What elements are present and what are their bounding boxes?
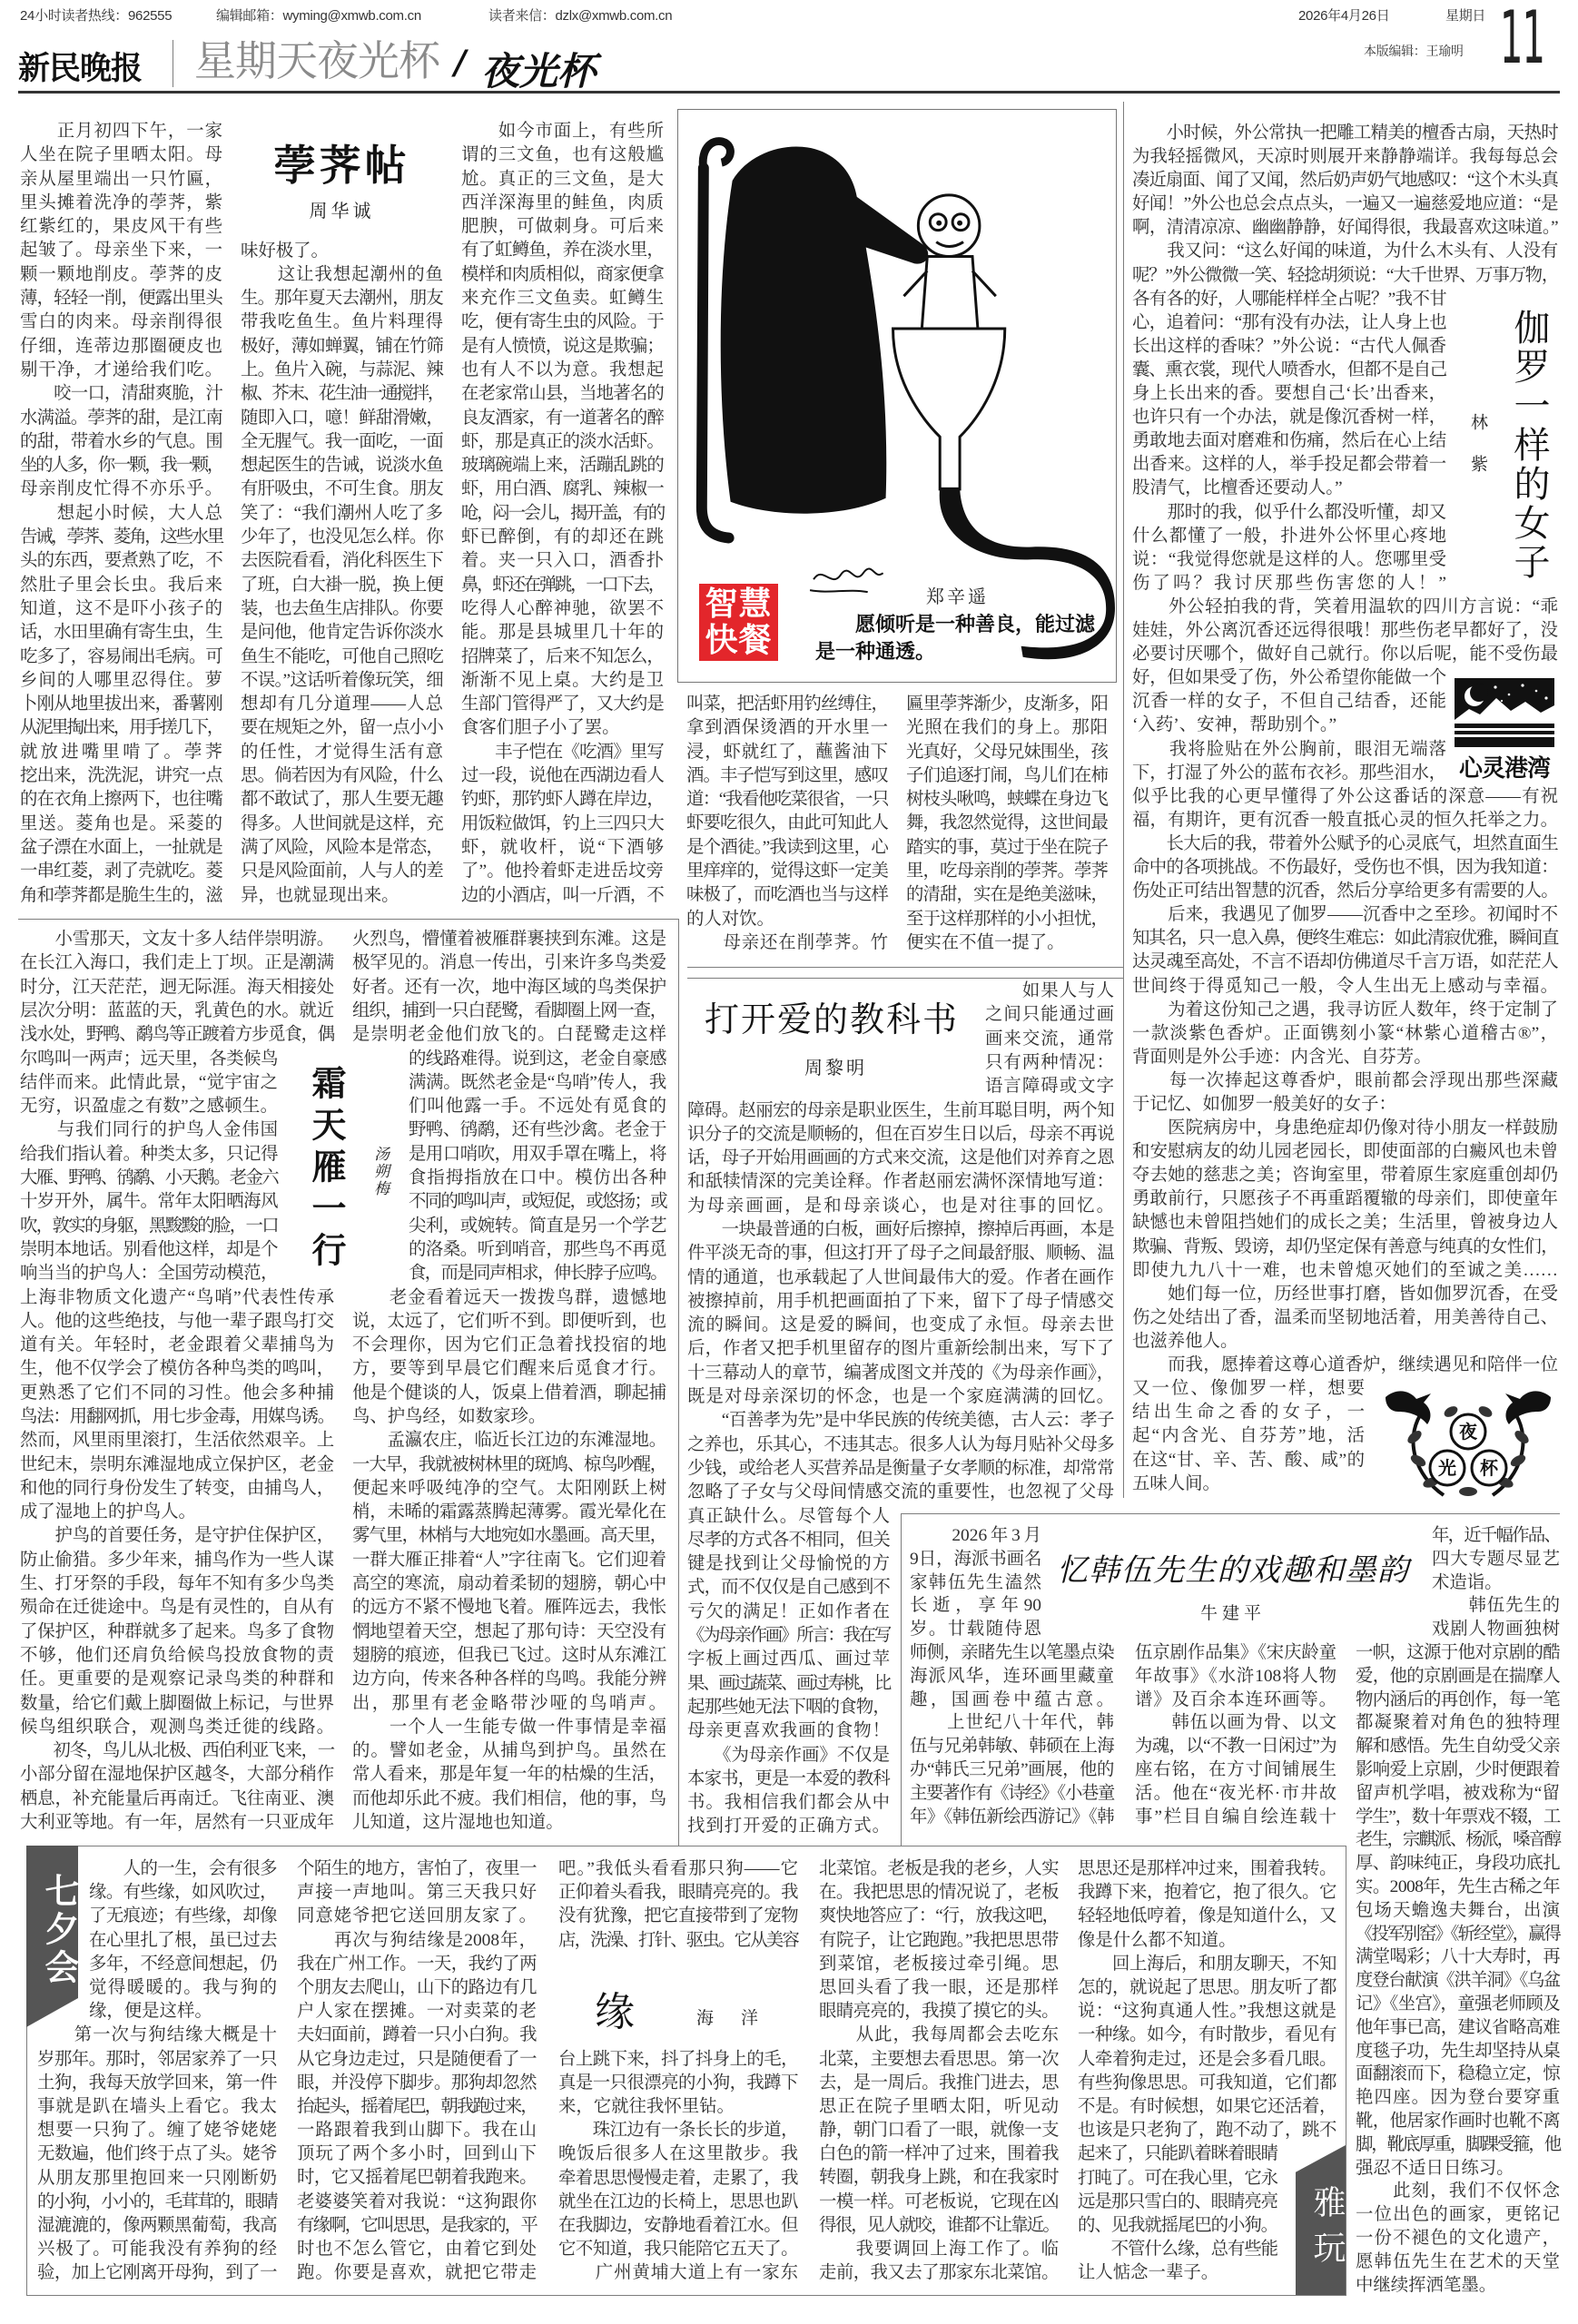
text-line: 怎的，就说起了思思。朋友听了都 [1078,1976,1336,2000]
text-line: 生部门管得严了，又大约是 [461,693,664,716]
masthead-rule [18,91,1560,94]
text-line: 福，有期许，更有沉香一般直抵心灵的恒久托举之力。 [1132,809,1558,832]
text-line: 大利亚等地。有一年，居然有一只亚成年 [20,1811,334,1835]
moon-shadow [1470,684,1488,702]
text-line: 也许只有一个办法，就是像沉香树一样， [1132,406,1446,429]
text-line: 说：“这狗真通人性。”我想这就是 [1078,2000,1336,2024]
article-column: 第一次与狗结缘大概是十岁那年。那时，邻居家养了一只土狗，我每天放学回来，第一件事… [37,2024,277,2285]
text-line: 五味人间。 [1132,1472,1365,1496]
text-line: 玻璃碗端上来，活蹦乱跳的 [461,454,664,478]
text-line: 尔鸣叫一两声；远天里，各类候鸟 [20,1048,278,1071]
bird-icon-right [1505,1391,1551,1424]
text-line: 珠江边有一条长长的步道， [558,2119,798,2142]
text-line: 戏剧人物画独树 [1432,1618,1560,1641]
text-line: 识分子的交流是顺畅的，但在百岁生日以后，母亲不再说 [687,1123,1114,1147]
text-line: 爽快地答应了：“行，放我这吧， [819,1905,1059,1928]
text-line: 强忍不适日日练习。 [1356,2157,1560,2181]
text-line: “百善孝为先”是中华民族的传统美德，古人云：孝子 [687,1409,1114,1433]
text-line: 起那些她无法下咽的食物， [687,1696,890,1719]
text-line: 影响爱上京剧，少时便跟着 [1356,1758,1560,1782]
text-line: 流的瞬间。这是爱的瞬间，也变成了永恒。母亲去世 [687,1314,1114,1337]
text-line: 活。他在“夜光杯·市井故 [1135,1782,1336,1806]
article-author: 海洋 [696,2004,785,2029]
text-line: 此刻，我们不仅怀念 [1356,2180,1560,2203]
text-line: 薄，轻轻一削，便露出里头 [20,287,222,310]
text-line: 丰子恺在《吃酒》里写 [461,741,664,764]
text-line: 第一次与狗结缘大概是十 [37,2024,277,2047]
article-column: 师侧，亲睹先生以笔墨点染海派风华，连环画里藏童趣，国画卷中蕴古意。 上世纪八十年… [910,1641,1114,1828]
page-editor: 本版编辑：王瑜明 [1364,42,1464,60]
text-line: 任。更重要的是观察记录鸟类的种群和 [20,1668,334,1691]
column-tab-qixihui: 七夕会 [26,1846,78,2027]
text-line: 只是风险面前，人与人的差 [241,860,443,883]
text-line: 她们每一位，历经世事打磨，皆如伽罗沉香，在受 [1132,1283,1558,1306]
column-tab-label: 七夕会 [35,1873,84,1987]
text-line: 想却有几分道理——人总 [241,693,443,716]
text-line: 一块最普通的白板，画好后擦掉，擦掉后再画，本是 [687,1218,1114,1242]
text-line: 他年事已高，建议省略高难 [1356,2016,1560,2040]
text-line: 伍京剧作品集》《宋庆龄童 [1135,1641,1336,1665]
text-line: 要在规矩之外，留一点小小 [241,716,443,740]
text-line: 着。夹一只入口，酒香扑 [461,549,664,573]
text-line: 用饭粒做饵，钓上三四只大 [461,812,664,836]
text-line: 和舐犊情深的完美诠释。作者赵丽宏满怀深情地写道： [687,1170,1114,1194]
text-line: 一份不褪色的文化遗产， [1356,2227,1560,2250]
pupil-left [936,221,942,226]
text-line: 满满。既然老金是“鸟哨”传人，我 [409,1071,666,1095]
text-line: 真正缺什么。尽管每个人 [687,1505,890,1529]
text-line: 缘。有些缘，如风吹过， [89,1881,277,1905]
text-line: 子们追逐打闹，鸟儿们在柿 [906,764,1108,788]
text-line: 拿到酒保烫酒的开水里一 [686,716,888,740]
text-line: 起“内含光、自芬芳”地，活 [1132,1424,1365,1448]
text-line: 想要一只狗了。缠了姥爷姥姥 [37,2119,277,2142]
article-author: 汤朔梅 [369,1146,391,1197]
text-line: 9日，海派书画名 [910,1548,1041,1571]
article-column: 的线路难得。说到这，老金自豪感满满。既然老金是“鸟哨”传人，我们叫他露一手。不远… [409,1048,666,1286]
text-line: 高空的寒流，扇动着柔韧的翅膀，朝心中 [352,1572,666,1596]
text-line: 心，追着问：“那有没有办法，让人身上也 [1132,311,1446,335]
article-column: 又一位、像伽罗一样，想要结出生命之香的女子，一起“内含光、自芬芳”地，活在这“甘… [1132,1377,1365,1495]
text-line: 再次与狗结缘是2008年， [297,1929,537,1953]
article-column: 小时候，外公常执一把雕工精美的檀香古扇，天热时为我轻摇微风，天凉时则展开来静静端… [1132,122,1558,288]
text-line: 年故事》《水浒108将人物 [1135,1665,1336,1689]
text-line: 说：“我觉得您就是这样的人。您哪里受 [1132,548,1446,572]
article-column: 真正缺什么。尽管每个人尽孝的方式各不相同，但关键是找到让父母愉悦的方式，而不仅仅… [687,1505,890,1839]
text-line: 后，作者又把手机里留存的图片重新绘制出来，写下了 [687,1337,1114,1361]
text-line: 达灵魂至高处，不言不语却仿佛道尽千言万语，如茫茫人 [1132,950,1558,974]
text-line: 小时候，外公常执一把雕工精美的檀香古扇，天热时 [1132,122,1558,145]
article-column: 思思还是那样冲过来，围着我转。我蹲下来，抱着它，抱了很久。它轻轻地低哼着，像是知… [1078,1857,1336,2142]
article-column: 如今市面上，有些所谓的三文鱼，也有这般尴尬。真正的三文鱼，是大西洋深海里的鲑鱼，… [461,120,664,908]
text-line: 在。我把思思的情况说了，老板 [819,1881,1059,1905]
text-line: 起来了，只能趴着眯着眼睛 [1078,2142,1277,2166]
article-column: 起来了，只能趴着眯着眼睛打盹了。可在我心里，它永远是那只雪白的、眼睛亮亮的、见我… [1078,2142,1277,2285]
text-line: 舞，我忽然觉得，这世间最 [906,812,1108,835]
text-line: 知其名，只一息入鼻，便终生难忘：如此清寂优雅，瞬间直 [1132,927,1558,950]
text-line: 儿知道，这片湿地也知道。 [352,1811,666,1835]
text-line: 上。鱼片入碗，与蒜泥、辣 [241,359,443,382]
text-line: 吃得人心醉神驰，欲罢不 [461,597,664,621]
text-line: 了无痕迹；有些缘，却像 [89,1905,277,1928]
text-line: 头的东西，要煮熟了吃，不 [20,549,222,573]
text-line: 钓虾，那钓虾人蹲在岸边， [461,788,664,812]
text-line: 知道，这不是吓小孩子的 [20,597,222,621]
text-line: 红紫红的，果皮风干有些 [20,215,222,239]
text-line: 障碍。赵丽宏的母亲是职业医生，生前耳聪目明，两个知 [687,1099,1114,1123]
text-line: 颗一颗地削皮。荸荠的皮 [20,263,222,287]
text-line: 果、画过蔬菜、画过寿桃，比 [687,1672,890,1696]
text-line: 崇明本地话。别看他这样，却是个 [20,1238,278,1262]
text-line: 脚，靴底厚重，脚踝受箍，他 [1356,2133,1560,2157]
text-line: 咬一口，清甜爽脆，汁 [20,382,222,406]
text-line: 乡间的人哪里忍得住。萝 [20,669,222,693]
text-line: 为母亲画画，是和母亲谈心，也是对往事的回忆。 [687,1195,1114,1218]
text-line: 鸟、护鸟经，如数家珍。 [352,1405,666,1429]
text-line: 与我们同行的护鸟人金伟国 [20,1118,278,1142]
text-line: 边的小酒店，叫一斤酒，不 [461,884,664,908]
text-line: 时，它又摇着尾巴朝着我跑来。 [297,2166,537,2190]
text-line: 味好极了。 [241,240,443,263]
text-line: 来充作三文鱼卖。虹鳟生 [461,287,664,310]
text-line: 韩伍以画为骨、以文 [1135,1711,1336,1735]
text-line: 声接一声地叫。第三天我只好 [297,1881,537,1905]
text-line: 雪白的肉来。母亲削得很 [20,310,222,334]
text-line: 少年了，也没见怎么样。你 [241,526,443,549]
text-line: 装，也去鱼生店排队。你要 [241,597,443,621]
text-line: 了班，白大褂一脱，换上便 [241,574,443,597]
text-line: 它不知道，我只能陪它五天了。 [558,2238,798,2261]
yeguangbei-logo: 夜 光 杯 [1378,1384,1558,1501]
article-column: 匾里荸荠渐少，皮渐多，阳光照在我们的身上。那阳光真好，父母兄妹围坐，孩子们追逐打… [906,693,1108,955]
text-line: 极罕见的。消息一传出，引来许多鸟类爱 [352,951,666,975]
article-column: 似乎比我的心更早懂得了外公这番话的深意——有祝福，有期许，更有沉香一般直抵心灵的… [1132,785,1558,1377]
text-line: 像是什么都不知道。 [1078,1929,1336,1953]
text-line: 我要调回上海工作了。临 [819,2238,1059,2261]
text-line: 极好，薄如蝉翼，铺在竹筛 [241,335,443,359]
text-line: 即使九九八十一难，也未曾熄灭她们的至诚之美…… [1132,1259,1558,1283]
text-line: 之间只能通过画 [985,1003,1114,1027]
text-line: 有些狗像思思。可我知道，它们都 [1078,2072,1336,2095]
text-line: 家韩伍先生溘然 [910,1571,1041,1595]
text-line: 《为母亲作画》所言：我在写 [687,1624,890,1648]
text-line: 出，那里有老金略带沙哑的鸟哨声。 [352,1692,666,1716]
text-line: 愿韩伍先生在艺术的天堂 [1356,2250,1560,2274]
logo-char: 杯 [1480,1457,1499,1479]
text-line: 火烈鸟，懵懂着被雁群裹挟到东滩。这是 [352,928,666,951]
article-title: 伽罗一样的女子 [1504,309,1555,582]
cartoon-caption-line: 是一种通透。 [815,639,935,666]
text-line: 是有人愤愤，说这是欺骗； [461,335,664,359]
text-line: 伤了吗？我讨厌那些伤害您的人！” [1132,572,1446,596]
text-line: 事”栏目自编自绘连载十 [1135,1806,1336,1829]
text-line: 中继续挥洒笔墨。 [1356,2274,1560,2298]
text-line: 浅水处，野鸭、鹬鸟等正踱着方步觅食，偶 [20,1023,334,1047]
text-line: 店，洗澡、打针、驱虫。它从美容 [558,1929,798,1953]
article-column: 味好极了。 这让我想起潮州的鱼生。那年夏天去潮州，朋友带我吃鱼生。鱼片料理得极好… [241,240,443,908]
text-line: 这让我想起潮州的鱼 [241,263,443,287]
text-line: 从泥里掏出来，用手搓几下， [20,716,222,740]
text-line: 缺憾也未曾阻挡她们的成长之美；生活里，曾被身边人 [1132,1211,1558,1235]
text-line: 夫妇面前，蹲着一只小白狗。我 [297,2024,537,2047]
text-line: 吧。”我低头看看那只狗——它 [558,1857,798,1881]
text-line: 的任性，才觉得生活有意 [241,741,443,764]
text-line: 起皱了。母亲坐下来，一 [20,239,222,262]
article-column: 障碍。赵丽宏的母亲是职业医生，生前耳聪目明，两个知识分子的交流是顺畅的，但在百岁… [687,1099,1114,1505]
text-line: 户人家在摆摊。一对卖菜的老 [297,2000,537,2024]
text-line: 组织，捕到一只白琵鹭，看脚圈上网一查， [352,1000,666,1023]
text-line: 数量，给它们戴上脚圈做上标记，与世界 [20,1692,334,1716]
text-line: 的在衣角上擦两下，也往嘴 [20,788,222,812]
text-line: 候鸟组织联合，观测鸟类迁徙的线路。 [20,1716,334,1739]
text-line: 远是那只雪白的、眼睛亮亮 [1078,2191,1277,2214]
bird-icon-left [1386,1391,1431,1424]
article-box-top [901,1513,1560,1514]
text-line: 十岁开外，属牛。常年太阳晒海风 [20,1190,278,1214]
text-line: 从朋友那里抱回来一只刚断奶 [37,2167,277,2191]
text-line: 时分，江天茫茫，迥无际涯。海天相接处 [20,976,334,1000]
text-line: 老婆婆笑着对我说：“这狗跟你 [297,2191,537,2214]
text-line: 带我吃鱼生。鱼片料理得 [241,310,443,334]
article-column: 2026年3月9日，海派书画名家韩伍先生溘然长逝，享年90岁。廿载随侍恩 [910,1524,1041,1641]
text-line: 卜刚从地里拔出来，番薯刚 [20,693,222,716]
stamp-line: 快餐 [699,623,778,659]
issue-weekday: 星期日 [1445,5,1485,25]
text-line: 年》《韩伍新绘西游记》《韩 [910,1806,1114,1829]
text-line: 一串红菱，剥了壳就吃。菱 [20,860,222,883]
text-line: 师侧，亲睹先生以笔墨点染 [910,1641,1114,1665]
article-column: 老金看着远天一拨拨鸟群，遗憾地说，太远了，它们听不到。即便听到，也不会理你，因为… [352,1286,666,1836]
text-line: 挖出来，洗洗泥，讲究一点 [20,764,222,788]
text-line: 又一位、像伽罗一样，想要 [1132,1377,1365,1401]
text-line: 虾，用白酒、腐乳、辣椒一 [461,478,664,501]
text-line: 包场天蟾逸夫舞台，出演 [1356,1899,1560,1923]
text-line: 野鸭、鸻鹬，还有些沙禽。老金于 [409,1118,666,1142]
text-line: 边方向，传来各种各样的鸟鸣。我能分辨 [352,1668,666,1691]
text-line: 物内涵后的再创作，每一笔 [1356,1689,1560,1712]
text-line: 一帜，这源于他对京剧的酷 [1356,1641,1560,1665]
reader-hotline: 24小时读者热线：962555 [20,5,172,25]
section-title: 星期天夜光杯 [194,38,439,84]
text-line: 我将脸贴在外公胸前，眼泪无端落 [1132,738,1446,762]
text-line: 抬起头，摇着尾巴，朝我跑过来， [297,2095,537,2119]
text-line: 虾已醉倒，有的却还在跳 [461,526,664,549]
text-line: 呢？”外公微微一笑、轻捻胡须说：“大千世界、万事万物， [1132,264,1558,288]
text-line: 让人惦念一辈子。 [1078,2261,1277,2285]
wave-line [1455,728,1554,731]
text-line: 大雁、野鸭、鸻鹬、小天鹅。老金六 [20,1167,278,1190]
text-line: 一种缘。如今，有时散步，看见有 [1078,2024,1336,2047]
text-line: 去医院看看，消化科医生下 [241,549,443,573]
text-line: 响当当的护鸟人：全国劳动模范， [20,1262,278,1285]
section-divider [18,919,678,920]
text-line: 爱，他的京剧画是在揣摩人 [1356,1665,1560,1689]
text-line: 晚饭后很多人在这里散步。我 [558,2142,798,2166]
text-line: 初冬，鸟儿从北极、西伯利亚飞来，一 [20,1739,334,1763]
text-line: 谱》及百余本连环画等。 [1135,1689,1336,1712]
text-line: 然而，风里雨里滚打，生活依然艰辛。上 [20,1429,334,1452]
text-line: 的、见我就摇尾巴的小狗。 [1078,2214,1277,2238]
text-line: 轻轻地低哼着，像是知道什么，又 [1078,1905,1336,1928]
text-line: 层次分明：蓝蓝的天，乳黄色的水。就近 [20,1000,334,1023]
text-line: 在我脚边，安静地看着江水。但 [558,2214,798,2238]
text-line: 光真好，父母兄妹围坐，孩 [906,741,1108,764]
text-line: 全无腥气。我一面吃，一面 [241,430,443,454]
text-line: 话，水田里确有寄生虫，生 [20,621,222,645]
zhihui-kuaican-stamp: 智慧 快餐 [699,584,778,661]
text-line: 人牵着狗走过，还是会多看几眼。 [1078,2048,1336,2072]
text-line: 也有人不以为意。我想起 [461,359,664,382]
text-line: 为我轻摇微风，天凉时则展开来静静端详。我每每总会 [1132,145,1558,169]
text-line: 长逝，享年90 [910,1594,1041,1618]
text-line: 说，太远了，它们听不到。即便听到，也 [352,1310,666,1334]
text-line: 只有两种情况： [985,1051,1114,1075]
text-line: 尬。真正的三文鱼，是大 [461,168,664,192]
text-line: 结出生命之香的女子，一 [1132,1401,1365,1424]
text-line: 惘地望着天空，想起了那句诗：天空没有 [352,1620,666,1644]
text-line: 味极了，而吃酒也当与这样 [686,883,888,907]
text-line: 防止偷猎。多少年来，捕鸟作为一些人谋 [20,1549,334,1572]
text-line: 来，它就往我怀里钻。 [558,2095,798,2119]
text-line: 都不敢试了，那人生要无趣 [241,788,443,812]
text-line: 每一次捧起这尊香炉，眼前都会浮现出那些深藏 [1132,1069,1558,1093]
text-line: 思正在院子里晒太阳，听见动 [819,2095,1059,2119]
text-line: 韩伍先生的 [1432,1594,1560,1618]
reader-mail-link[interactable]: 读者来信：dzlx@xmwb.com.cn [488,5,672,25]
logo-char: 夜 [1459,1421,1478,1443]
text-line: 翅膀的痕迹，但我已飞过。这时从东滩江 [352,1644,666,1668]
article-column: 上海非物质文化遗产“鸟哨”代表性传承人。他的这些绝技，与他一辈子跟鸟打交道有关。… [20,1286,334,1836]
text-line: 少钱，或给老人买营养品是衡量子女孝顺的标准，却常常 [687,1457,1114,1481]
article-column: 人的一生，会有很多缘。有些缘，如风吹过，了无痕迹；有些缘，却像在心里扎了根，虽已… [89,1857,277,2024]
text-line: 话，母子开始用画画的方式来交流，这是他们对养育之恩 [687,1147,1114,1170]
text-line: 海派风华，连环画里藏童 [910,1665,1114,1689]
article-box-top [687,978,1123,979]
text-line: 的甜，带着水乡的气息。围 [20,430,222,454]
text-line: 学生”，数十年票戏不辍，工 [1356,1806,1560,1829]
text-line: 里头摊着洗净的荸荠，紫 [20,192,222,215]
text-line: 老金看着远天一拨拨鸟群，遗憾地 [352,1286,666,1310]
text-line: 小雪那天，文友十多人结伴崇明游。 [20,928,334,951]
text-line: 世纪末，崇明东滩湿地成立保护区，老金 [20,1453,334,1477]
text-line: 而我，愿捧着这尊心道香炉，继续遇见和陪伴一位 [1132,1354,1558,1377]
text-line: 无数遍，他们终于点了头。姥爷 [37,2142,277,2166]
column-title: 夜光杯 [481,42,596,96]
text-line: 是个酒徒。”我读到这里，心 [686,836,888,860]
text-line: 艳四座。因为登台要穿重 [1356,2086,1560,2110]
article-title: 忆韩伍先生的戏趣和墨韵 [1057,1545,1409,1590]
text-line: 母亲更喜欢我画的食物！ [687,1719,890,1743]
text-line: 个陌生的地方，害怕了，夜里一 [297,1857,537,1881]
text-line: 人的一生，会有很多 [89,1857,277,1881]
text-line: 们叫他露一手。不远处有觅食的 [409,1095,666,1118]
text-line: 招牌菜了，后来不知怎么， [461,645,664,669]
logo-char: 光 [1438,1457,1456,1479]
text-line: 正月初四下午，一家 [20,120,222,143]
text-line: 人坐在院子里晒太阳。母 [20,143,222,167]
text-line: 我在广州工作。一天，我约了两 [297,1953,537,1976]
article-column: 吧。”我低头看看那只狗——它正仰着头看我，眼睛亮亮的。我没有犹豫，把它直接带到了… [558,1857,798,1953]
text-line: 之养也，乐其心，不违其志。很多人认为每月贴补父母多 [687,1433,1114,1457]
text-line: 式，而不仅仅是自己感到不 [687,1576,890,1600]
text-line: 同意姥爷把它送回朋友家了。 [297,1905,537,1928]
text-line: 呛，闷一会儿，揭开盖，有的 [461,502,664,526]
text-line: 从它身边走过，只是随便看了一 [297,2048,537,2072]
text-line: 里送。菱角也是。采菱的 [20,812,222,836]
harbor-moon-icon [1455,678,1554,747]
text-line: 下，打湿了外公的蓝布衣衫。那些泪水， [1132,762,1446,785]
text-line: 语言障碍或文字 [985,1075,1114,1098]
text-line: 虾要吃很久，由此可知此人 [686,812,888,835]
text-line: 那时的我，似乎什么都没听懂，却又 [1132,501,1446,525]
text-line: 笑了：“我们潮州人吃了多 [241,502,443,526]
text-line: 盆子漂在水面上，一扯就是 [20,836,222,860]
text-line: 多年，不经意间想起，仍 [89,1953,277,1976]
text-line: 台上跳下来，抖了抖身上的毛， [558,2048,798,2072]
article-column: 外公轻拍我的背，笑着用温软的四川方言说：“乖娃娃，外公离沉香还远得很哦！那些伤老… [1132,596,1558,666]
text-line: 孟瀛农庄，临近长江边的东滩湿地。 [352,1429,666,1452]
text-line: 随即入口，噫！鲜甜滑嫩， [241,407,443,430]
text-line: 亲从屋里端出一只竹匾， [20,168,222,192]
article-author: 周黎明 [804,1053,867,1079]
text-line: 牵着思思慢慢走着，走累了，我 [558,2167,798,2191]
text-line: 股清气，比檀香还要动人。” [1132,477,1446,500]
text-line: 北菜馆。老板是我的老乡，人实 [819,1857,1059,1881]
text-line: 记》《坐宫》，童强老师顾及 [1356,1993,1560,2016]
text-line: 小部分留在湿地保护区越冬，大部分稍作 [20,1763,334,1787]
masthead-divider [173,40,173,87]
text-line: 觉得暖暖的。我与狗的 [89,1976,277,2000]
editor-email-link[interactable]: 编辑邮箱：wyming@xmwb.com.cn [216,5,421,25]
page-number: 11 [1500,2,1544,74]
text-line: 年，近千幅作品、 [1432,1524,1560,1548]
article-column: 好，但如果受了伤，外公希望你能做一个沉香一样的女子，不但自己结香，还能‘入药’、… [1132,666,1446,784]
text-line: 尽孝的方式各不相同，但关 [687,1529,890,1552]
text-line: 好闻！”外公也总会点点头，一遍又一遍慈爱地应道：“是 [1132,192,1558,216]
wave-line [1455,734,1554,737]
text-line: 一个人一生能专做一件事情是幸福 [352,1716,666,1739]
text-line: 模样和肉质相似，商家便拿 [461,263,664,287]
text-line: 命中的各项挑战。不伤最好，受伤也不惧，因为我知道： [1132,856,1558,880]
text-line: 四大专题尽显艺 [1432,1548,1560,1571]
text-line: 《投军别窑》《斩经堂》，赢得 [1356,1923,1560,1946]
text-line: 不误。”这话听着像玩笑，细 [241,669,443,693]
text-line: 伤之处结出了香，温柔而坚韧地活着，用美善待自己、 [1132,1306,1558,1330]
text-line: 忽略了子女与父母间情感交流的重要性，也忽视了父母 [687,1481,1114,1504]
text-line: 趣，国画卷中蕴古意。 [910,1689,1114,1712]
text-line: 背面则是外公手迹：内含光、自芬芳。 [1132,1046,1558,1069]
text-line: 情的通道，也承载起了人世间最伟大的爱。作者在画作 [687,1266,1114,1290]
filter-funnel [893,329,1005,489]
text-line: 于记忆、如伽罗一般美好的女子： [1132,1093,1558,1117]
text-line: 一群大雁正排着“人”字往南飞。它们迎着 [352,1549,666,1572]
text-line: 顶玩了两个多小时，回到山下 [297,2142,537,2166]
text-line: 食客们胆子小了罢。 [461,716,664,740]
text-line: 更熟悉了它们不同的习性。他会多种捕 [20,1382,334,1405]
text-line: 思回头看了我一眼，还是那样 [819,1976,1059,2000]
text-line: 字板上画过西瓜、画过苹 [687,1648,890,1671]
text-line: 好，但如果受了伤，外公希望你能做一个 [1132,666,1446,690]
text-line: 画来交流，通常 [985,1028,1114,1051]
text-line: 走前，我又去了那家东北菜馆。 [819,2261,1059,2285]
text-line: 便实在不值一提了。 [906,931,1108,955]
text-line: 得多。人世间就是这样，充 [241,812,443,836]
text-line: 一大早，我就被树林里的斑鸠、椋鸟吵醒， [352,1453,666,1477]
text-line: 厚、韵味纯正，身段功底扎 [1356,1852,1560,1876]
text-line: 他是个健谈的人，饭桌上借着酒，聊起捕 [352,1382,666,1405]
text-line: 母亲削皮忙得不亦乐乎。 [20,478,222,501]
text-line: 想起小时候，大人总 [20,502,222,526]
